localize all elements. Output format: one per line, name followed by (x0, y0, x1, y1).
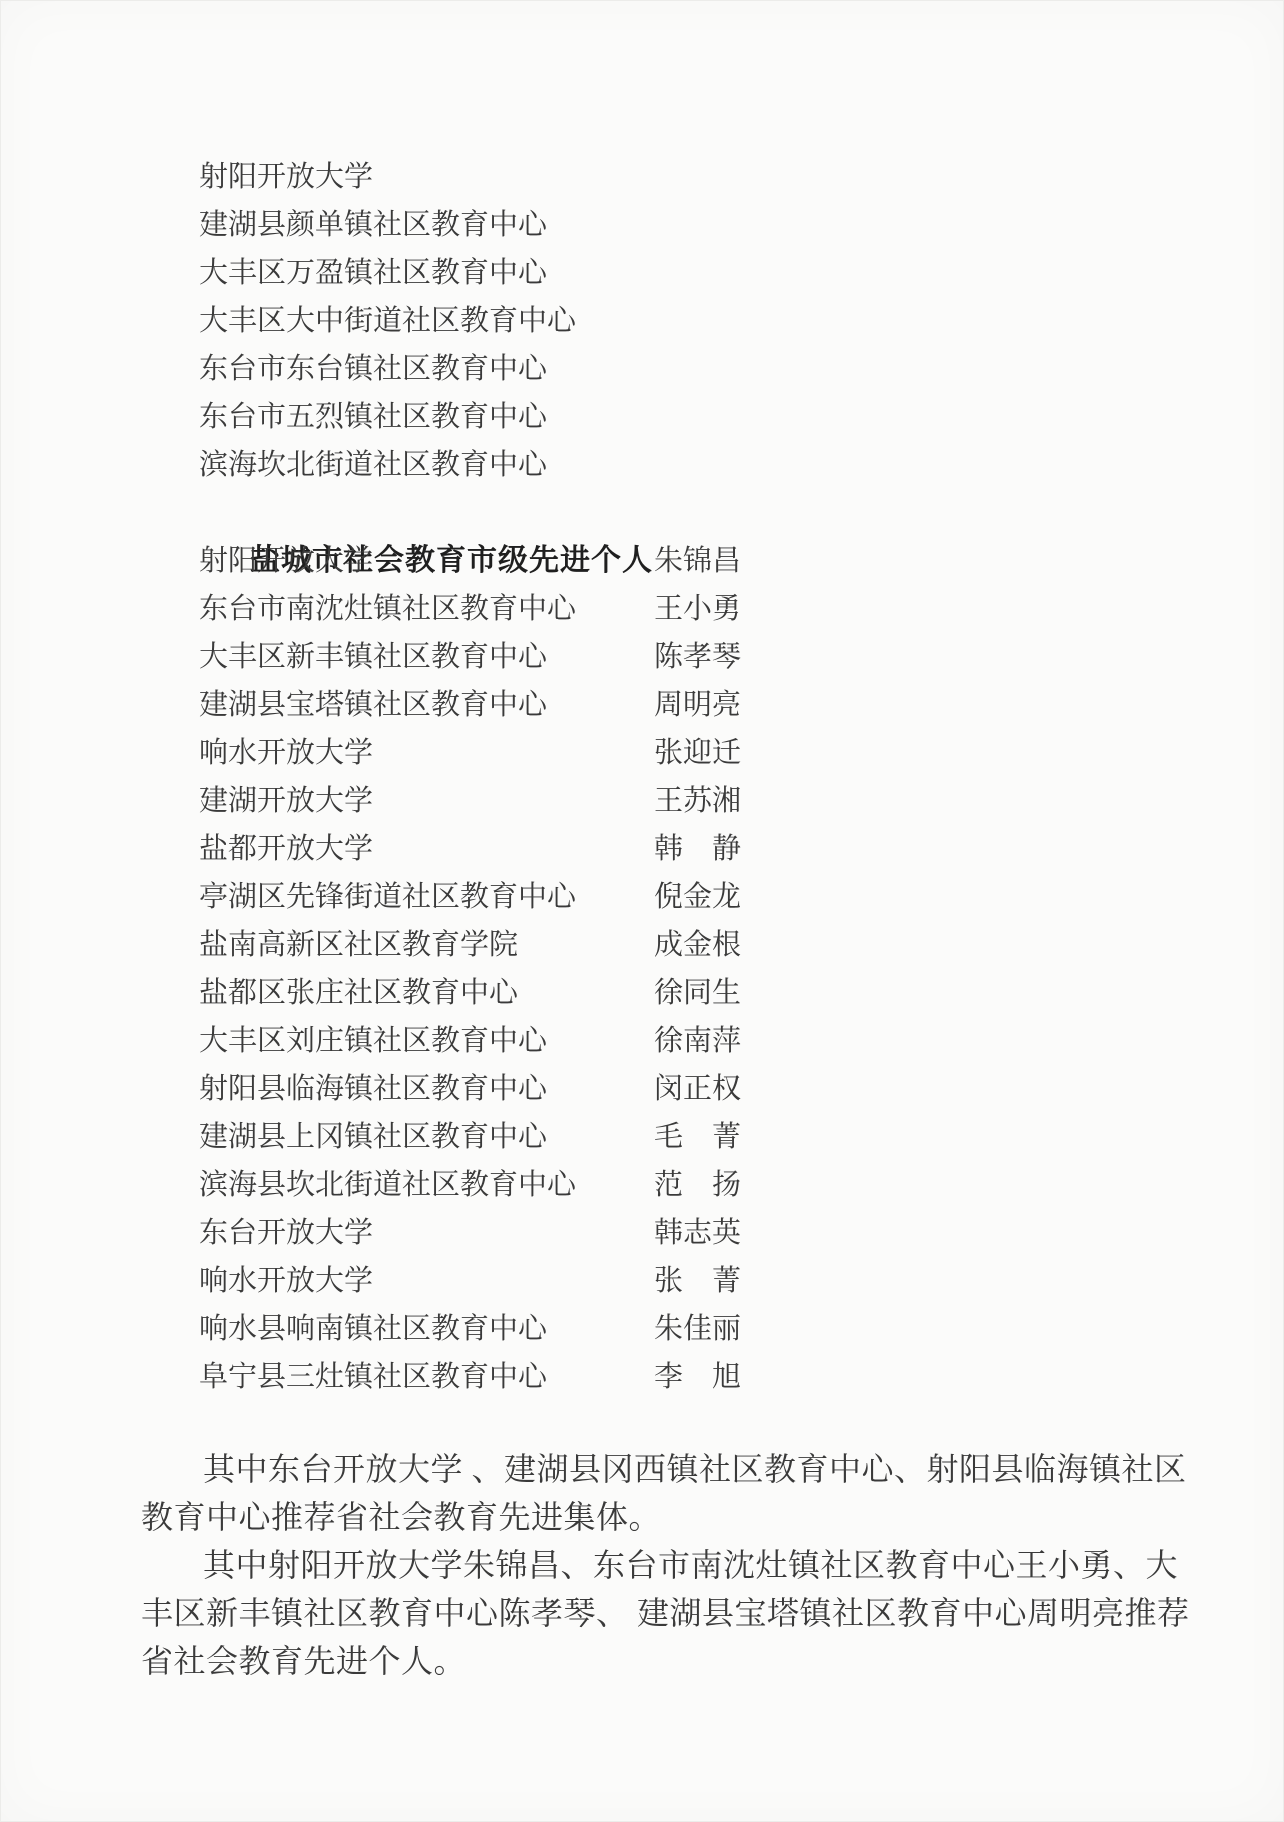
list-item: 大丰区万盈镇社区教育中心 (199, 249, 1199, 297)
document-page: 射阳开放大学建湖县颜单镇社区教育中心大丰区万盈镇社区教育中心大丰区大中街道社区教… (0, 0, 1284, 1822)
table-row: 响水开放大学张迎迁 (199, 729, 1199, 777)
institution-name: 东台市五烈镇社区教育中心 (199, 401, 547, 433)
table-row: 响水县响南镇社区教育中心朱佳丽 (199, 1305, 1199, 1353)
list-item: 滨海坎北街道社区教育中心 (199, 441, 1199, 489)
table-row: 射阳开放大学朱锦昌 (199, 537, 1199, 585)
institution-name: 建湖县颜单镇社区教育中心 (199, 209, 547, 241)
person-name: 韩志英 (654, 1209, 741, 1257)
person-name: 倪金龙 (654, 873, 741, 921)
person-name: 张 菁 (654, 1257, 741, 1305)
person-name: 闵正权 (654, 1065, 741, 1113)
person-name: 范 扬 (654, 1161, 741, 1209)
person-name: 徐同生 (654, 969, 741, 1017)
institution-name: 响水开放大学 (199, 737, 373, 769)
table-row: 盐南高新区社区教育学院成金根 (199, 921, 1199, 969)
institution-name: 东台市南沈灶镇社区教育中心 (199, 593, 576, 625)
table-row: 东台开放大学韩志英 (199, 1209, 1199, 1257)
table-row: 东台市南沈灶镇社区教育中心王小勇 (199, 585, 1199, 633)
paragraph-line: 其中射阳开放大学朱锦昌、东台市南沈灶镇社区教育中心王小勇、大 (141, 1541, 1171, 1589)
section-heading: 盐城市社会教育市级先进个人 (199, 489, 1199, 537)
person-name: 王小勇 (654, 585, 741, 633)
person-name: 朱佳丽 (654, 1305, 741, 1353)
institution-name: 大丰区大中街道社区教育中心 (199, 305, 576, 337)
list-item: 射阳开放大学 (199, 153, 1199, 201)
institution-name: 建湖开放大学 (199, 785, 373, 817)
closing-paragraphs: 其中东台开放大学 、建湖县冈西镇社区教育中心、射阳县临海镇社区教育中心推荐省社会… (141, 1445, 1171, 1685)
list-item: 东台市东台镇社区教育中心 (199, 345, 1199, 393)
person-name: 张迎迁 (654, 729, 741, 777)
institution-name: 大丰区刘庄镇社区教育中心 (199, 1025, 547, 1057)
institution-name: 响水县响南镇社区教育中心 (199, 1313, 547, 1345)
table-row: 亭湖区先锋街道社区教育中心倪金龙 (199, 873, 1199, 921)
person-name: 成金根 (654, 921, 741, 969)
institution-name: 盐都开放大学 (199, 833, 373, 865)
institution-name: 亭湖区先锋街道社区教育中心 (199, 881, 576, 913)
person-name: 毛 菁 (654, 1113, 741, 1161)
list-item: 建湖县颜单镇社区教育中心 (199, 201, 1199, 249)
person-name: 王苏湘 (654, 777, 741, 825)
institution-name: 盐都区张庄社区教育中心 (199, 977, 518, 1009)
table-row: 建湖县宝塔镇社区教育中心周明亮 (199, 681, 1199, 729)
person-name: 朱锦昌 (654, 537, 741, 585)
table-row: 建湖开放大学王苏湘 (199, 777, 1199, 825)
paragraph-line: 其中东台开放大学 、建湖县冈西镇社区教育中心、射阳县临海镇社区 (141, 1445, 1171, 1493)
person-name: 韩 静 (654, 825, 741, 873)
institution-name: 射阳县临海镇社区教育中心 (199, 1073, 547, 1105)
table-row: 建湖县上冈镇社区教育中心毛 菁 (199, 1113, 1199, 1161)
table-row: 盐都开放大学韩 静 (199, 825, 1199, 873)
institution-name: 盐南高新区社区教育学院 (199, 929, 518, 961)
institution-name: 东台市东台镇社区教育中心 (199, 353, 547, 385)
table-row: 盐都区张庄社区教育中心徐同生 (199, 969, 1199, 1017)
institution-name: 响水开放大学 (199, 1265, 373, 1297)
award-lists: 射阳开放大学建湖县颜单镇社区教育中心大丰区万盈镇社区教育中心大丰区大中街道社区教… (199, 153, 1199, 1401)
table-row: 大丰区新丰镇社区教育中心陈孝琴 (199, 633, 1199, 681)
person-name: 徐南萍 (654, 1017, 741, 1065)
list-item: 东台市五烈镇社区教育中心 (199, 393, 1199, 441)
institution-name: 建湖县宝塔镇社区教育中心 (199, 689, 547, 721)
person-name: 李 旭 (654, 1353, 741, 1401)
institution-name: 大丰区万盈镇社区教育中心 (199, 257, 547, 289)
table-row: 大丰区刘庄镇社区教育中心徐南萍 (199, 1017, 1199, 1065)
institution-name: 滨海县坎北街道社区教育中心 (199, 1169, 576, 1201)
collectives-list: 射阳开放大学建湖县颜单镇社区教育中心大丰区万盈镇社区教育中心大丰区大中街道社区教… (199, 153, 1199, 489)
institution-name: 阜宁县三灶镇社区教育中心 (199, 1361, 547, 1393)
table-row: 响水开放大学张 菁 (199, 1257, 1199, 1305)
institution-name: 射阳开放大学 (199, 161, 373, 193)
table-row: 滨海县坎北街道社区教育中心范 扬 (199, 1161, 1199, 1209)
individuals-list: 射阳开放大学朱锦昌东台市南沈灶镇社区教育中心王小勇大丰区新丰镇社区教育中心陈孝琴… (199, 537, 1199, 1401)
paragraph-line: 省社会教育先进个人。 (141, 1637, 1171, 1685)
person-name: 陈孝琴 (654, 633, 741, 681)
institution-name: 大丰区新丰镇社区教育中心 (199, 641, 547, 673)
institution-name: 东台开放大学 (199, 1217, 373, 1249)
institution-name: 建湖县上冈镇社区教育中心 (199, 1121, 547, 1153)
person-name: 周明亮 (654, 681, 741, 729)
paragraph-individuals-recommended: 其中射阳开放大学朱锦昌、东台市南沈灶镇社区教育中心王小勇、大丰区新丰镇社区教育中… (141, 1541, 1171, 1685)
table-row: 射阳县临海镇社区教育中心闵正权 (199, 1065, 1199, 1113)
paragraph-collectives-recommended: 其中东台开放大学 、建湖县冈西镇社区教育中心、射阳县临海镇社区教育中心推荐省社会… (141, 1445, 1171, 1541)
institution-name: 射阳开放大学 (199, 545, 373, 577)
institution-name: 滨海坎北街道社区教育中心 (199, 449, 547, 481)
paragraph-line: 丰区新丰镇社区教育中心陈孝琴、 建湖县宝塔镇社区教育中心周明亮推荐 (141, 1589, 1171, 1637)
list-item: 大丰区大中街道社区教育中心 (199, 297, 1199, 345)
table-row: 阜宁县三灶镇社区教育中心李 旭 (199, 1353, 1199, 1401)
paragraph-line: 教育中心推荐省社会教育先进集体。 (141, 1493, 1171, 1541)
